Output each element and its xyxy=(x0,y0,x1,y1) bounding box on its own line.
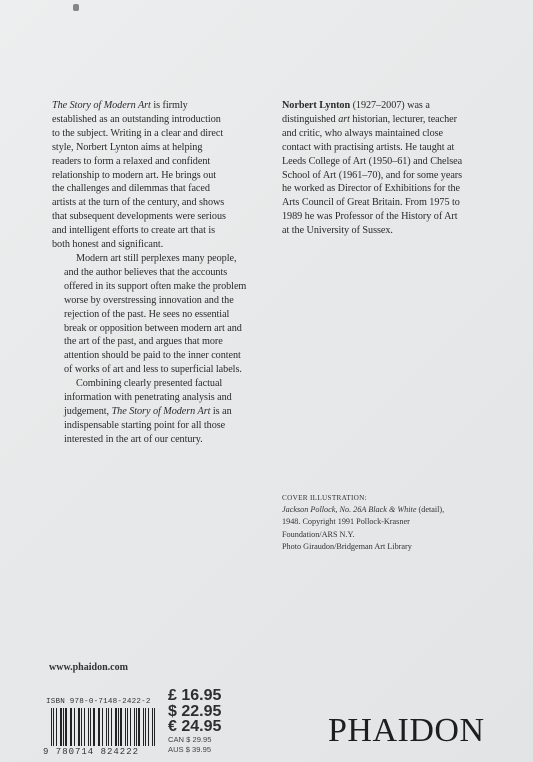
blurb-line: style, Norbert Lynton aims at helping xyxy=(52,141,264,155)
artist-name: Jackson Pollock, xyxy=(282,505,340,514)
blurb-line: that subsequent developments were seriou… xyxy=(52,210,264,224)
blurb-line: of works of art and less to superficial … xyxy=(52,363,264,377)
bio-line: at the University of Sussex. xyxy=(282,224,492,238)
blurb-paragraph-3: Combining clearly presented factual info… xyxy=(52,377,264,447)
cover-credit-line: Photo Giraudon/Bridgeman Art Library xyxy=(282,541,502,553)
blurb-line: Combining clearly presented factual xyxy=(52,377,264,391)
price-eur: € 24.95 xyxy=(168,719,221,735)
cover-credit-line: Foundation/ARS N.Y. xyxy=(282,529,502,541)
blurb-line: information with penetrating analysis an… xyxy=(52,391,264,405)
blurb-line: readers to form a relaxed and confident xyxy=(52,155,264,169)
blurb-line: the challenges and dilemmas that faced xyxy=(52,182,264,196)
blurb-line: offered in its support often make the pr… xyxy=(52,280,264,294)
price-cad: CAN $ 29.95 xyxy=(168,735,221,745)
blurb-line: established as an outstanding introducti… xyxy=(52,113,264,127)
barcode-icon xyxy=(51,708,157,746)
blurb-line: to the subject. Writing in a clear and d… xyxy=(52,127,264,141)
bio-line: School of Art (1961–70), and for some ye… xyxy=(282,169,492,183)
blurb-line: attention should be paid to the inner co… xyxy=(52,349,264,363)
artwork-title: No. 26A Black & White xyxy=(340,505,417,514)
bio-line: Norbert Lynton (1927–2007) was a xyxy=(282,99,492,113)
price-aud: AUS $ 39.95 xyxy=(168,745,221,755)
isbn-label: ISBN 978-0-7148-2422-2 xyxy=(46,698,151,706)
price-gbp: £ 16.95 xyxy=(168,688,221,704)
bio-text: (1927–2007) was a xyxy=(350,100,430,111)
blurb-text: is an xyxy=(210,406,231,417)
blurb-line: artists at the turn of the century, and … xyxy=(52,196,264,210)
bio-line: distinguished art historian, lecturer, t… xyxy=(282,113,492,127)
bio-line: he worked as Director of Exhibitions for… xyxy=(282,182,492,196)
barcode-digits: 9 780714 824222 xyxy=(43,747,139,757)
blurb-line: judgement, The Story of Modern Art is an xyxy=(52,405,264,419)
blurb-line: Modern art still perplexes many people, xyxy=(52,252,264,266)
blurb-paragraph-1: The Story of Modern Art is firmly establ… xyxy=(52,99,264,252)
blurb-line: both honest and significant. xyxy=(52,238,264,252)
blurb-line: indispensable starting point for all tho… xyxy=(52,419,264,433)
cover-illustration-credit: COVER ILLUSTRATION: Jackson Pollock, No.… xyxy=(282,492,502,553)
blurb-text: is firmly xyxy=(151,100,188,111)
cover-credit-line: Jackson Pollock, No. 26A Black & White (… xyxy=(282,504,502,516)
bio-text: distinguished xyxy=(282,114,338,125)
bio-text: historian, lecturer, teacher xyxy=(350,114,457,125)
bio-line: 1989 he was Professor of the History of … xyxy=(282,210,492,224)
blurb-line: the art of the past, and argues that mor… xyxy=(52,335,264,349)
blurb-line: and intelligent efforts to create art th… xyxy=(52,224,264,238)
author-bio-paragraph: Norbert Lynton (1927–2007) was a disting… xyxy=(282,99,492,238)
blurb-line: and the author believes that the account… xyxy=(52,266,264,280)
bio-line: Arts Council of Great Britain. From 1975… xyxy=(282,196,492,210)
publisher-website: www.phaidon.com xyxy=(49,662,128,673)
author-name: Norbert Lynton xyxy=(282,100,350,111)
bio-line: and critic, who always maintained close xyxy=(282,127,492,141)
blurb-paragraph-2: Modern art still perplexes many people, … xyxy=(52,252,264,377)
cover-credit-heading: COVER ILLUSTRATION: xyxy=(282,492,502,504)
blurb-line: worse by overstressing innovation and th… xyxy=(52,294,264,308)
blurb-line: relationship to modern art. He brings ou… xyxy=(52,169,264,183)
cover-credit-text: (detail), xyxy=(416,505,444,514)
bio-line: contact with practising artists. He taug… xyxy=(282,141,492,155)
bio-line: Leeds College of Art (1950–61) and Chels… xyxy=(282,155,492,169)
book-title: The Story of Modern Art xyxy=(112,406,211,417)
price-usd: $ 22.95 xyxy=(168,704,221,720)
blurb-line: The Story of Modern Art is firmly xyxy=(52,99,264,113)
bio-text: art xyxy=(338,114,350,125)
blurb-column: The Story of Modern Art is firmly establ… xyxy=(52,99,264,447)
author-bio: Norbert Lynton (1927–2007) was a disting… xyxy=(282,99,492,238)
book-title: The Story of Modern Art xyxy=(52,100,151,111)
publisher-logo: PHAIDON xyxy=(328,712,485,750)
cover-credit-line: 1948. Copyright 1991 Pollock-Krasner xyxy=(282,516,502,528)
blurb-line: break or opposition between modern art a… xyxy=(52,322,264,336)
print-smudge xyxy=(73,4,79,11)
blurb-line: rejection of the past. He sees no essent… xyxy=(52,308,264,322)
blurb-text: judgement, xyxy=(64,406,112,417)
price-block: £ 16.95 $ 22.95 € 24.95 CAN $ 29.95 AUS … xyxy=(168,688,221,755)
blurb-line: interested in the art of our century. xyxy=(52,433,264,447)
